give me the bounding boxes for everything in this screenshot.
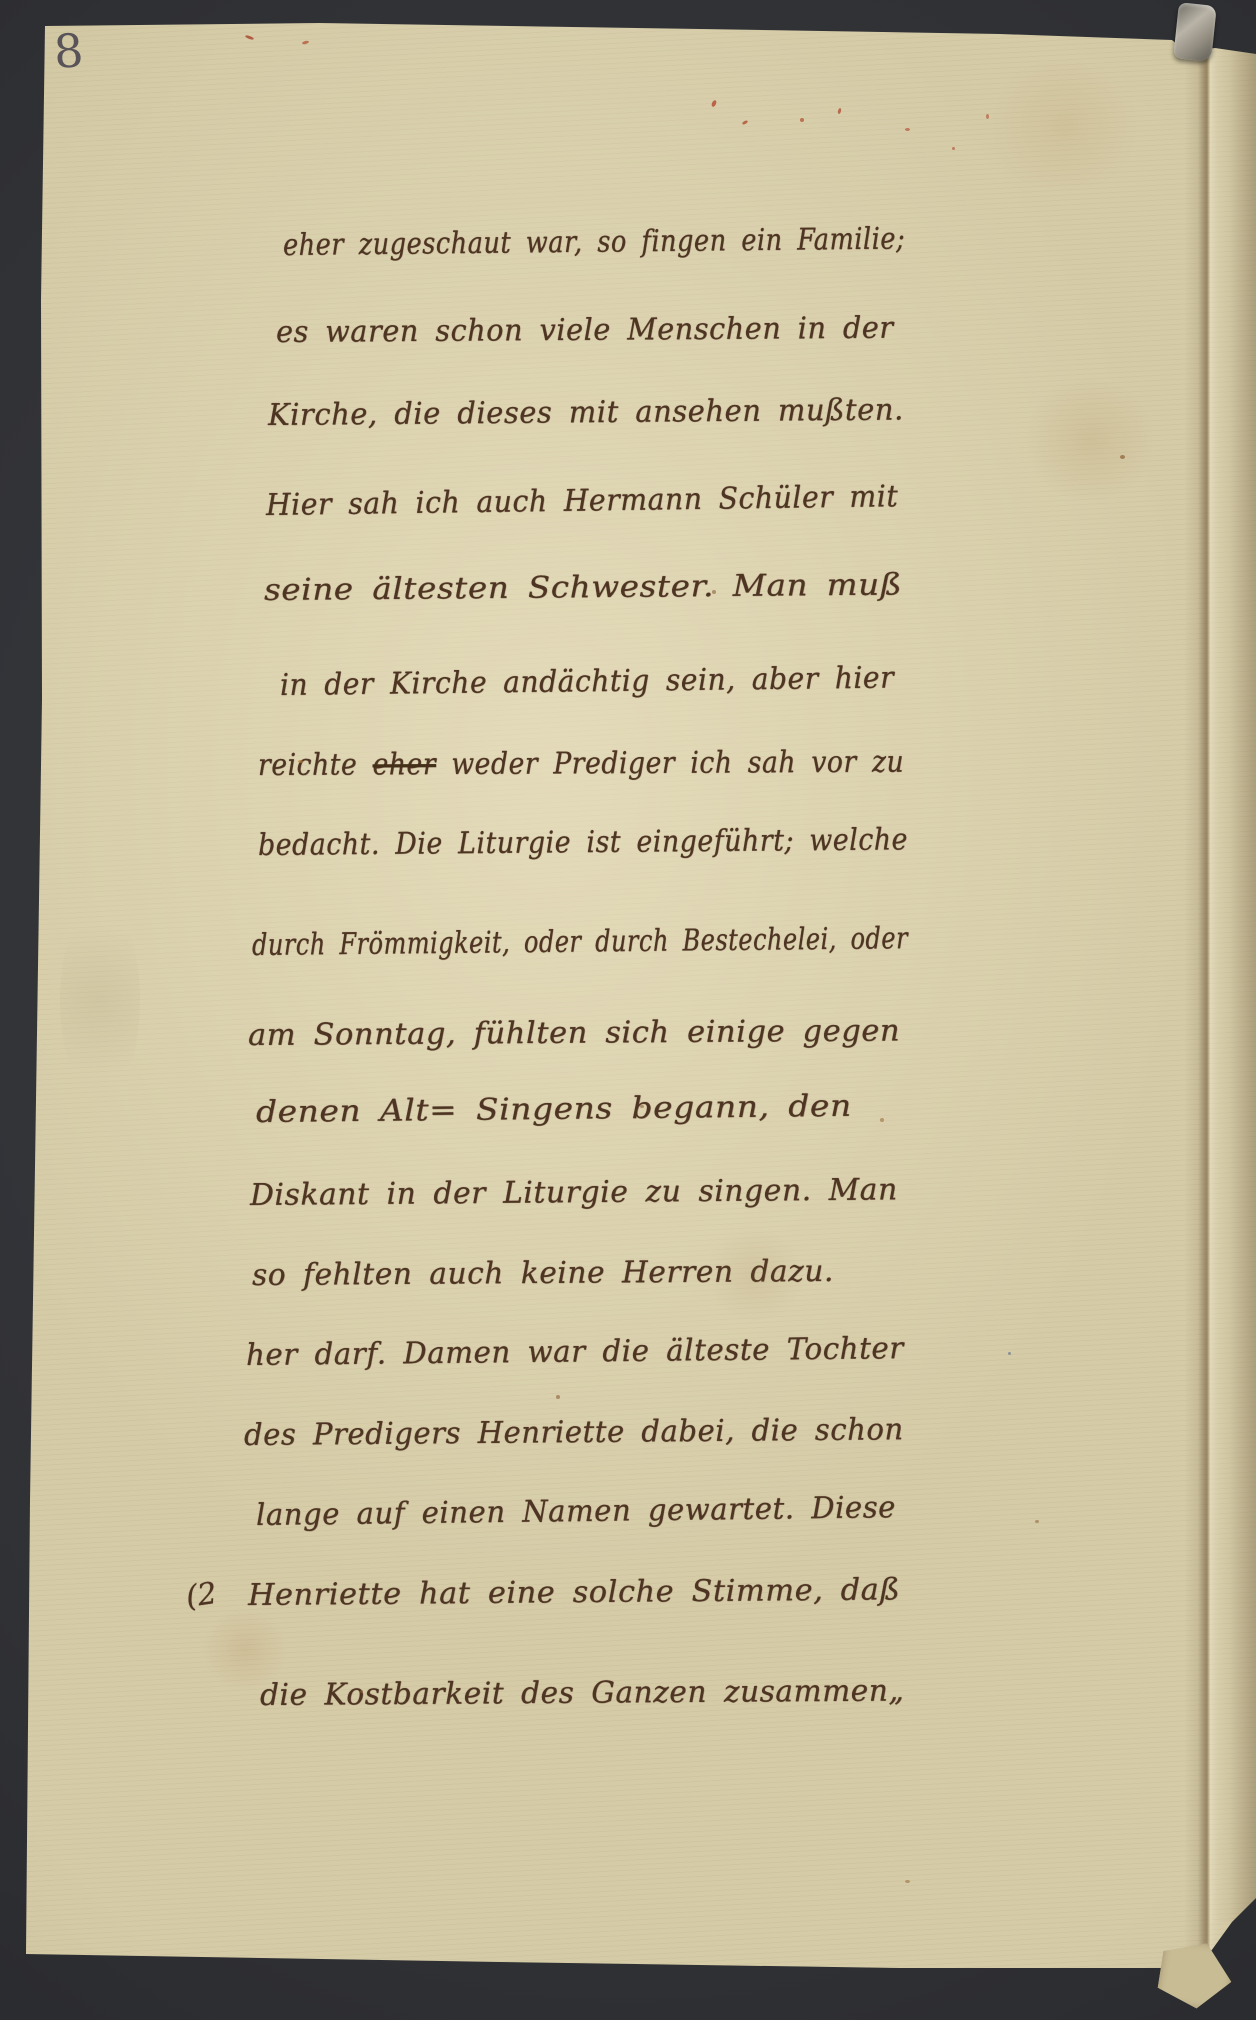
handwritten-line: her darf. Damen war die älteste Tochter [246,1331,904,1374]
handwritten-line: die Kostbarkeit des Ganzen zusammen„ [260,1674,905,1714]
handwritten-line: denen Alt= Singens begann, den [256,1089,852,1131]
handwritten-line: in der Kirche andächtig sein, aber hier [280,660,895,704]
handwritten-line: des Predigers Henriette dabei, die schon [244,1412,904,1454]
handwritten-line-with-strikethrough: reichte eher weder Prediger ich sah vor … [258,745,904,784]
scan-background: 8 eher zugeschaut war, so fingen ein Fam… [0,0,1256,2020]
handwritten-line: bedacht. Die Liturgie ist eingeführt; we… [258,822,908,864]
handwritten-line: am Sonntag, fühlten sich einige gegen [248,1013,900,1054]
binding-tie [1173,2,1217,62]
handwritten-line: seine ältesten Schwester. Man muß [264,567,902,609]
page-number: 8 [52,27,84,75]
manuscript-page: 8 eher zugeschaut war, so fingen ein Fam… [0,0,1256,2020]
line-text: weder Prediger ich sah vor zu [451,745,904,782]
handwritten-line: so fehlten auch keine Herren dazu. [252,1254,834,1294]
handwritten-line: es waren schon viele Menschen in der [276,311,894,351]
adjacent-page-edge [1210,42,1256,1922]
binding-fold-line [1184,36,1230,1968]
margin-note: (2 [184,1576,219,1615]
struck-word: eher [372,747,436,782]
handwritten-line: durch Frömmigkeit, oder durch Bestechele… [252,921,908,964]
handwritten-line: Kirche, die dieses mit ansehen mußten. [268,392,904,434]
handwritten-line: Henriette hat eine solche Stimme, daß [248,1572,901,1614]
handwritten-line: Hier sah ich auch Hermann Schüler mit [266,479,899,524]
paper-edge-shading [0,0,1256,2020]
line-text: reichte [258,747,357,783]
handwritten-line: Diskant in der Liturgie zu singen. Man [250,1172,898,1214]
handwritten-line: lange auf einen Namen gewartet. Diese [256,1490,896,1534]
handwritten-line: eher zugeschaut war, so fingen ein Famil… [283,221,906,264]
